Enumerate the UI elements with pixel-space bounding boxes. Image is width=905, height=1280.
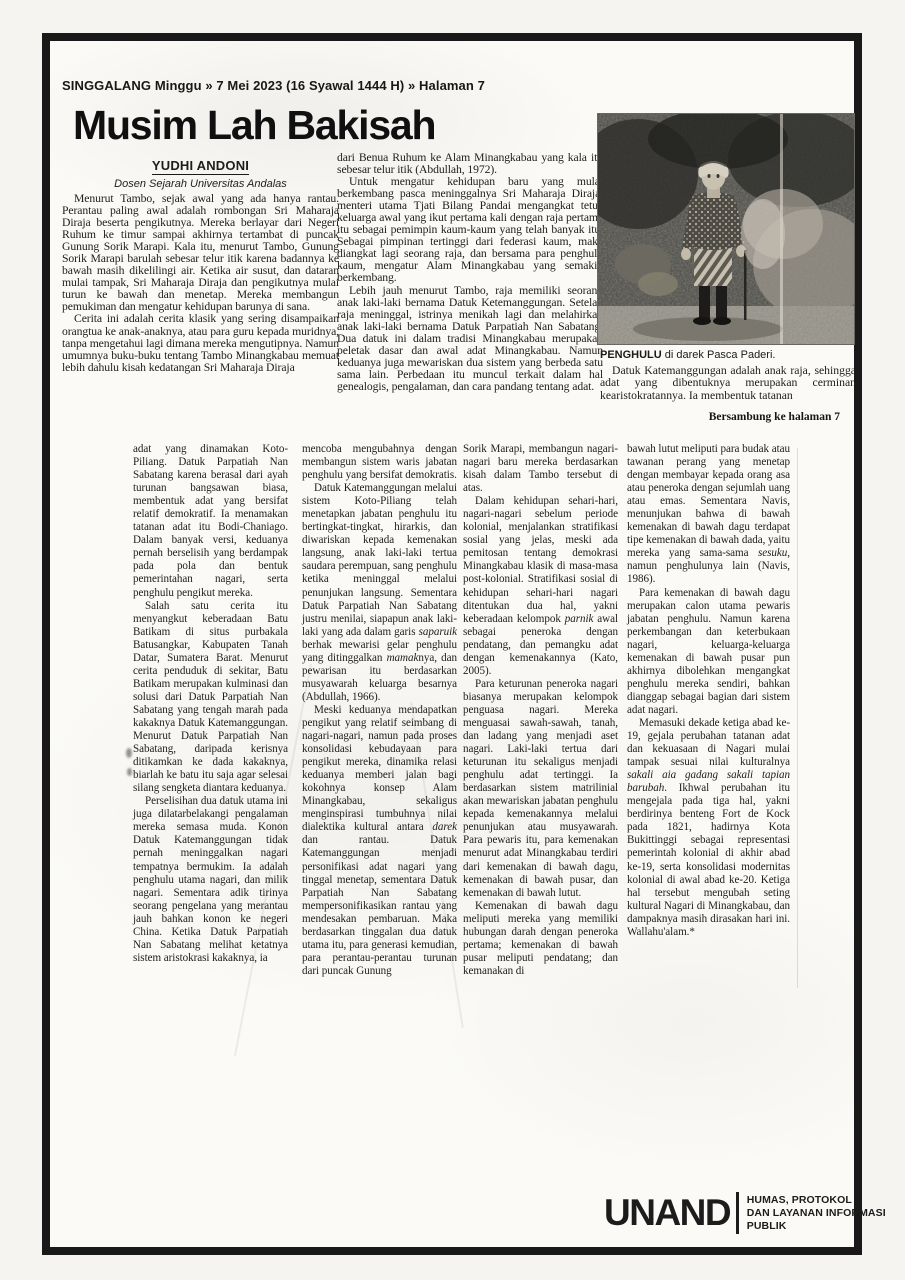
top-column-2: dari Benua Ruhum ke Alam Minangkabau yan… [337,152,603,393]
paragraph: dari Benua Ruhum ke Alam Minangkabau yan… [337,152,603,176]
continuation-notice: Bersambung ke halaman 7 [600,411,840,423]
paragraph: Untuk mengatur kehidupan baru yang mulai… [337,176,603,284]
paragraph: Perselisihan dua datuk utama ini juga di… [133,795,288,965]
top-column-1: Menurut Tambo, sejak awal yang ada hanya… [62,193,339,374]
paragraph: Datuk Katemanggungan adalah anak raja, s… [600,365,856,402]
paragraph: Para keturunan peneroka nagari biasanya … [463,678,618,900]
paragraph: Dalam kehidupan sehari-hari, nagari-naga… [463,495,618,678]
paragraph: Menurut Tambo, sejak awal yang ada hanya… [62,193,339,313]
lower-column-1: adat yang dinamakan Koto-Piliang. Datuk … [133,443,288,965]
photo-caption: PENGHULU di darek Pasca Paderi. [600,349,775,361]
byline-block: YUDHI ANDONI Dosen Sejarah Universitas A… [62,157,339,190]
ink-smudge [127,768,132,776]
paragraph: Datuk Katemanggungan melalui sistem Koto… [302,482,457,704]
lower-column-4: bawah lutut meliputi para budak atau taw… [627,443,790,939]
paragraph: Memasuki dekade ketiga abad ke-19, gejal… [627,717,790,939]
paragraph: Para kemenakan di bawah dagu merupakan c… [627,587,790,717]
byline-author: YUDHI ANDONI [152,158,249,175]
photo-caption-lead: PENGHULU [600,349,662,361]
column-rule [797,448,798,988]
lower-column-3: Sorik Marapi, membangun nagari-nagari ba… [463,443,618,978]
unand-logo: UNAND HUMAS, PROTOKOL DAN LAYANAN INFORM… [604,1192,905,1234]
paragraph: Cerita ini adalah cerita klasik yang ser… [62,313,339,373]
newspaper-scan-page: SINGGALANG Minggu » 7 Mei 2023 (16 Syawa… [0,0,905,1280]
paragraph: Kemenakan di bawah dagu meliputi mereka … [463,900,618,978]
paragraph: adat yang dinamakan Koto-Piliang. Datuk … [133,443,288,600]
photo-side-column: Datuk Katemanggungan adalah anak raja, s… [600,365,856,402]
paragraph: bawah lutut meliputi para budak atau taw… [627,443,790,587]
logo-divider [736,1192,739,1234]
article-headline: Musim Lah Bakisah [73,102,435,149]
logo-dept-line2: DAN LAYANAN INFORMASI PUBLIK [747,1207,886,1232]
byline-role: Dosen Sejarah Universitas Andalas [62,178,339,190]
logo-department: HUMAS, PROTOKOL DAN LAYANAN INFORMASI PU… [747,1194,905,1233]
ink-smudge [126,748,132,758]
paragraph: Salah satu cerita itu menyangkut keberad… [133,600,288,796]
paragraph: Meski keduanya mendapatkan pengikut yang… [302,704,457,978]
paragraph: Lebih jauh menurut Tambo, raja memiliki … [337,285,603,393]
lower-column-2: mencoba mengubahnya dengan membangun sis… [302,443,457,978]
paragraph: mencoba mengubahnya dengan membangun sis… [302,443,457,482]
photo-illustration [598,114,854,344]
photo-caption-rest: di darek Pasca Paderi. [662,349,776,361]
logo-dept-line1: HUMAS, PROTOKOL [747,1194,852,1206]
unand-wordmark: UNAND [604,1193,730,1233]
penghulu-photo [598,114,854,344]
paragraph: Sorik Marapi, membangun nagari-nagari ba… [463,443,618,495]
masthead-dateline: SINGGALANG Minggu » 7 Mei 2023 (16 Syawa… [62,78,485,93]
